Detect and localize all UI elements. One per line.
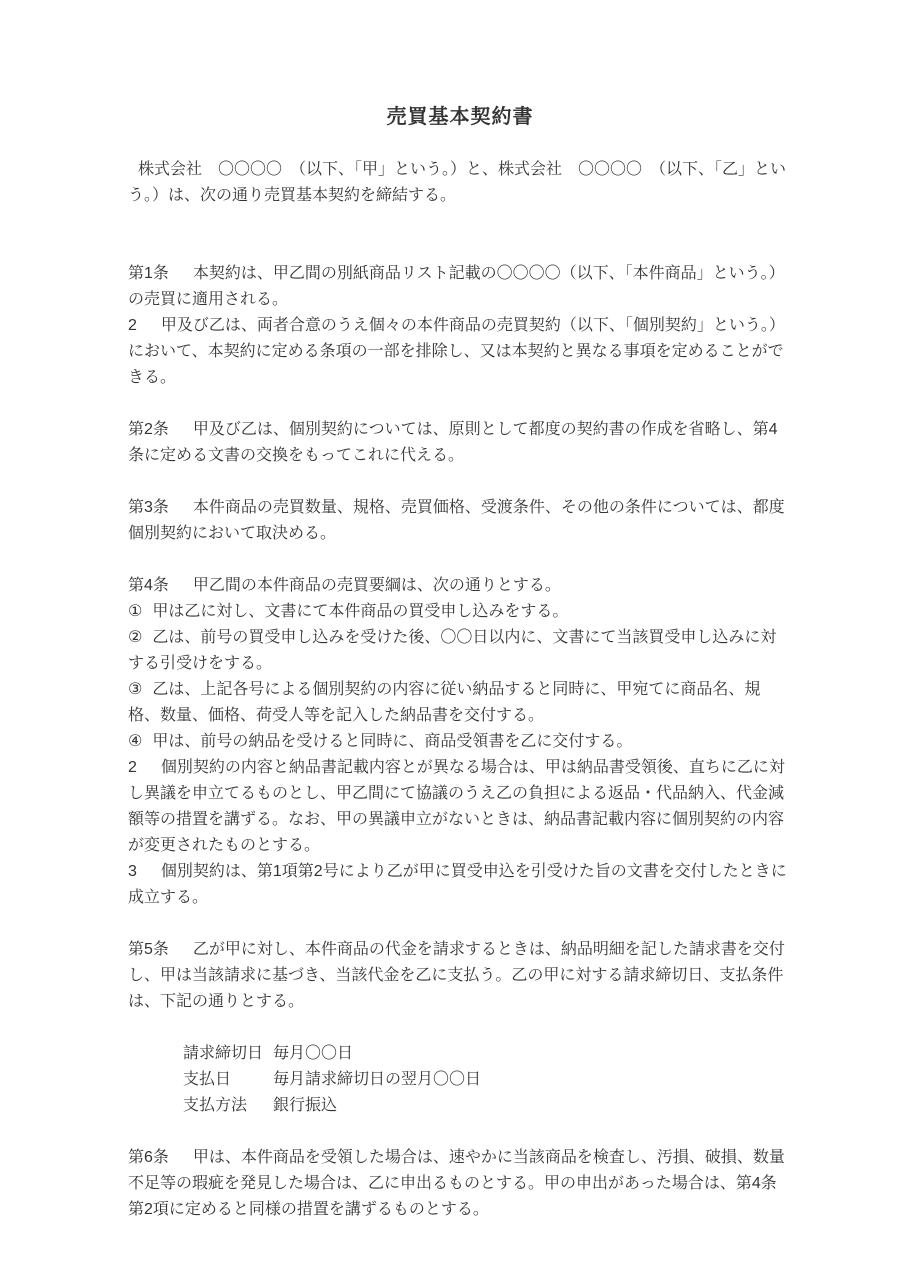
- payment-term-row: 請求締切日 毎月〇〇日: [183, 1041, 792, 1067]
- clause: ④甲は、前号の納品を受けると同時に、商品受領書を乙に交付する。: [128, 729, 792, 755]
- article-4: 第4条甲乙間の本件商品の売買要綱は、次の通りとする。 ①甲は乙に対し、文書にて本…: [128, 573, 792, 911]
- clause-text: 乙が甲に対し、本件商品の代金を請求するときは、納品明細を記した請求書を交付し、甲…: [128, 941, 785, 1010]
- payment-term-label: 支払方法: [183, 1093, 273, 1119]
- clause-number: ②: [128, 625, 142, 651]
- clause-number: ①: [128, 599, 142, 625]
- clause-text: 本契約は、甲乙間の別紙商品リスト記載の〇〇〇〇（以下、「本件商品」という。）の売…: [128, 265, 785, 308]
- clause-number: 2: [128, 755, 137, 781]
- clause-text: 甲乙間の本件商品の売買要綱は、次の通りとする。: [193, 577, 561, 594]
- article-2: 第2条甲及び乙は、個別契約については、原則として都度の契約書の作成を省略し、第4…: [128, 417, 792, 469]
- payment-term-row: 支払方法 銀行振込: [183, 1093, 792, 1119]
- payment-term-label: 支払日: [183, 1067, 273, 1093]
- clause: 第3条本件商品の売買数量、規格、売買価格、受渡条件、その他の条件については、都度…: [128, 495, 792, 547]
- payment-term-row: 支払日 毎月請求締切日の翌月〇〇日: [183, 1067, 792, 1093]
- clause: 2甲及び乙は、両者合意のうえ個々の本件商品の売買契約（以下、「個別契約」という。…: [128, 313, 792, 391]
- clause-text: 甲は、本件商品を受領した場合は、速やかに当該商品を検査し、汚損、破損、数量不足等…: [128, 1149, 785, 1218]
- clause-text: 甲及び乙は、両者合意のうえ個々の本件商品の売買契約（以下、「個別契約」という。）…: [128, 317, 785, 386]
- clause-number: ③: [128, 677, 142, 703]
- clause-number: 3: [128, 859, 137, 885]
- clause-number: 第6条: [128, 1145, 169, 1171]
- payment-term-value: 銀行振込: [273, 1093, 792, 1119]
- clause: ②乙は、前号の買受申し込みを受けた後、〇〇日以内に、文書にて当該買受申し込みに対…: [128, 625, 792, 677]
- clause: 第1条本契約は、甲乙間の別紙商品リスト記載の〇〇〇〇（以下、「本件商品」という。…: [128, 261, 792, 313]
- clause: 第6条甲は、本件商品を受領した場合は、速やかに当該商品を検査し、汚損、破損、数量…: [128, 1145, 792, 1223]
- document-title: 売買基本契約書: [128, 103, 792, 132]
- article-1: 第1条本契約は、甲乙間の別紙商品リスト記載の〇〇〇〇（以下、「本件商品」という。…: [128, 261, 792, 391]
- clause-number: 第2条: [128, 417, 169, 443]
- clause: 第5条乙が甲に対し、本件商品の代金を請求するときは、納品明細を記した請求書を交付…: [128, 937, 792, 1015]
- article-3: 第3条本件商品の売買数量、規格、売買価格、受渡条件、その他の条件については、都度…: [128, 495, 792, 547]
- clause-text: 本件商品の売買数量、規格、売買価格、受渡条件、その他の条件については、都度個別契…: [128, 499, 785, 542]
- clause-number: 第1条: [128, 261, 169, 287]
- payment-term-label: 請求締切日: [183, 1041, 273, 1067]
- payment-term-value: 毎月請求締切日の翌月〇〇日: [273, 1067, 792, 1093]
- clause: ①甲は乙に対し、文書にて本件商品の買受申し込みをする。: [128, 599, 792, 625]
- contract-page: 売買基本契約書 株式会社 〇〇〇〇 （以下、「甲」という。）と、株式会社 〇〇〇…: [0, 0, 905, 1280]
- clause: 2個別契約の内容と納品書記載内容とが異なる場合は、甲は納品書受領後、直ちに乙に対…: [128, 755, 792, 859]
- clause-text: 甲は、前号の納品を受けると同時に、商品受領書を乙に交付する。: [152, 733, 632, 750]
- clause-text: 個別契約は、第1項第2号により乙が甲に買受申込を引受けた旨の文書を交付したときに…: [128, 863, 787, 906]
- clause-text: 個別契約の内容と納品書記載内容とが異なる場合は、甲は納品書受領後、直ちに乙に対し…: [128, 759, 785, 854]
- clause-number: 第5条: [128, 937, 169, 963]
- payment-terms-table: 請求締切日 毎月〇〇日 支払日 毎月請求締切日の翌月〇〇日 支払方法 銀行振込: [183, 1041, 792, 1119]
- intro-paragraph: 株式会社 〇〇〇〇 （以下、「甲」という。）と、株式会社 〇〇〇〇 （以下、「乙…: [128, 157, 792, 209]
- clause-text: 甲及び乙は、個別契約については、原則として都度の契約書の作成を省略し、第4条に定…: [128, 421, 778, 464]
- payment-term-value: 毎月〇〇日: [273, 1041, 792, 1067]
- clause-text: 甲は乙に対し、文書にて本件商品の買受申し込みをする。: [152, 603, 568, 620]
- clause: 第4条甲乙間の本件商品の売買要綱は、次の通りとする。: [128, 573, 792, 599]
- article-6: 第6条甲は、本件商品を受領した場合は、速やかに当該商品を検査し、汚損、破損、数量…: [128, 1145, 792, 1223]
- clause-number: 2: [128, 313, 137, 339]
- clause: 第2条甲及び乙は、個別契約については、原則として都度の契約書の作成を省略し、第4…: [128, 417, 792, 469]
- clause: ③乙は、上記各号による個別契約の内容に従い納品すると同時に、甲宛てに商品名、規格…: [128, 677, 792, 729]
- clause: 3個別契約は、第1項第2号により乙が甲に買受申込を引受けた旨の文書を交付したとき…: [128, 859, 792, 911]
- article-5: 第5条乙が甲に対し、本件商品の代金を請求するときは、納品明細を記した請求書を交付…: [128, 937, 792, 1119]
- clause-text: 乙は、上記各号による個別契約の内容に従い納品すると同時に、甲宛てに商品名、規格、…: [128, 681, 760, 724]
- clause-number: 第3条: [128, 495, 169, 521]
- clause-number: ④: [128, 729, 142, 755]
- clause-number: 第4条: [128, 573, 169, 599]
- clause-text: 乙は、前号の買受申し込みを受けた後、〇〇日以内に、文書にて当該買受申し込みに対す…: [128, 629, 776, 672]
